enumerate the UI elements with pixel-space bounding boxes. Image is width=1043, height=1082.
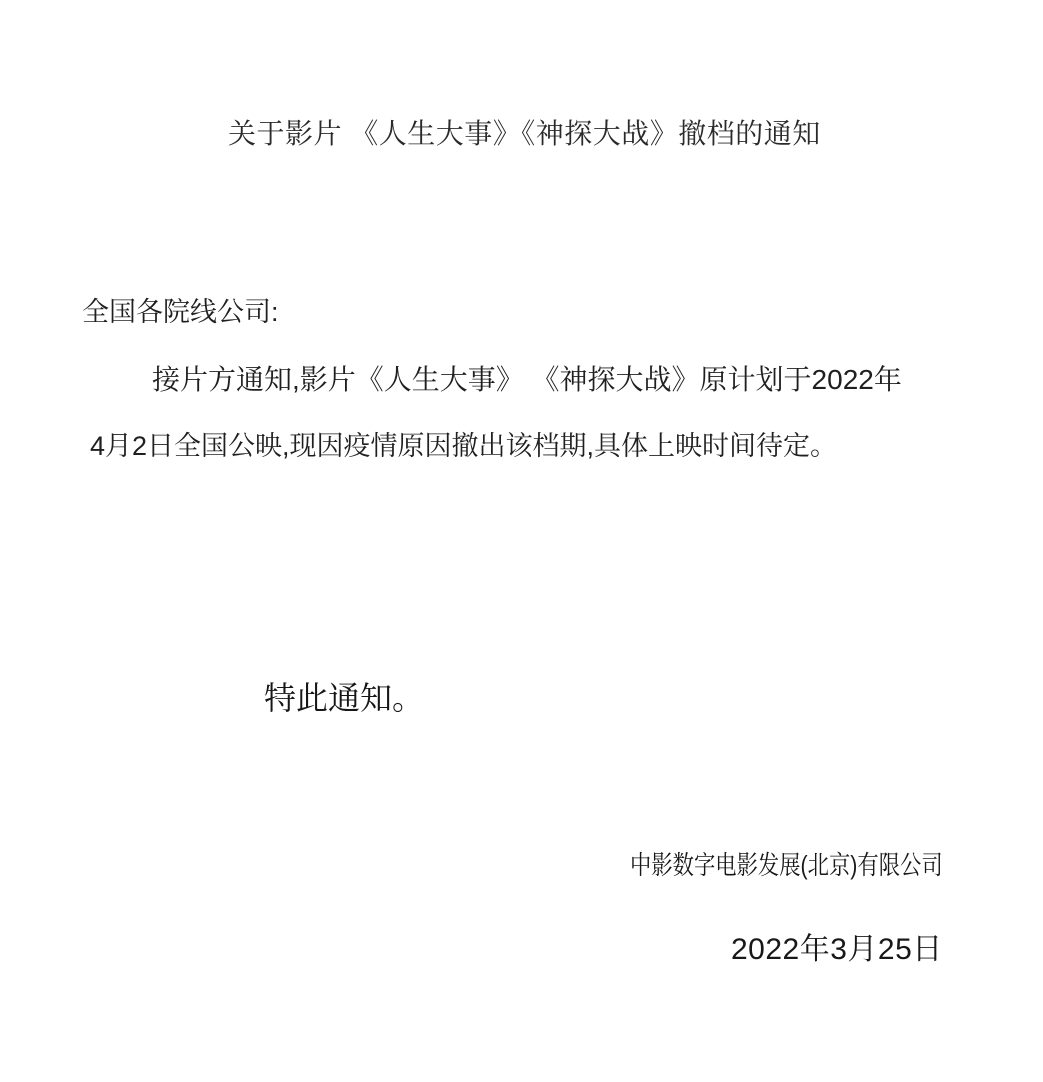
notice-body-line: 接片方通知,影片《人生大事》 《神探大战》原计划于2022年	[152, 358, 902, 398]
notice-signature-company: 中影数字电影发展(北京)有限公司	[630, 845, 943, 882]
notice-title: 关于影片 《人生大事》《神探大战》撤档的通知	[228, 112, 821, 152]
notice-date: 2022年3月25日	[731, 924, 943, 968]
notice-closing: 特此通知。	[264, 673, 424, 719]
notice-body-line: 4月2日全国公映,现因疫情原因撤出该档期,具体上映时间待定。	[90, 424, 837, 463]
notice-salutation: 全国各院线公司:	[82, 290, 279, 329]
notice-document-page: 关于影片 《人生大事》《神探大战》撤档的通知 全国各院线公司: 接片方通知,影片…	[0, 0, 1043, 1082]
